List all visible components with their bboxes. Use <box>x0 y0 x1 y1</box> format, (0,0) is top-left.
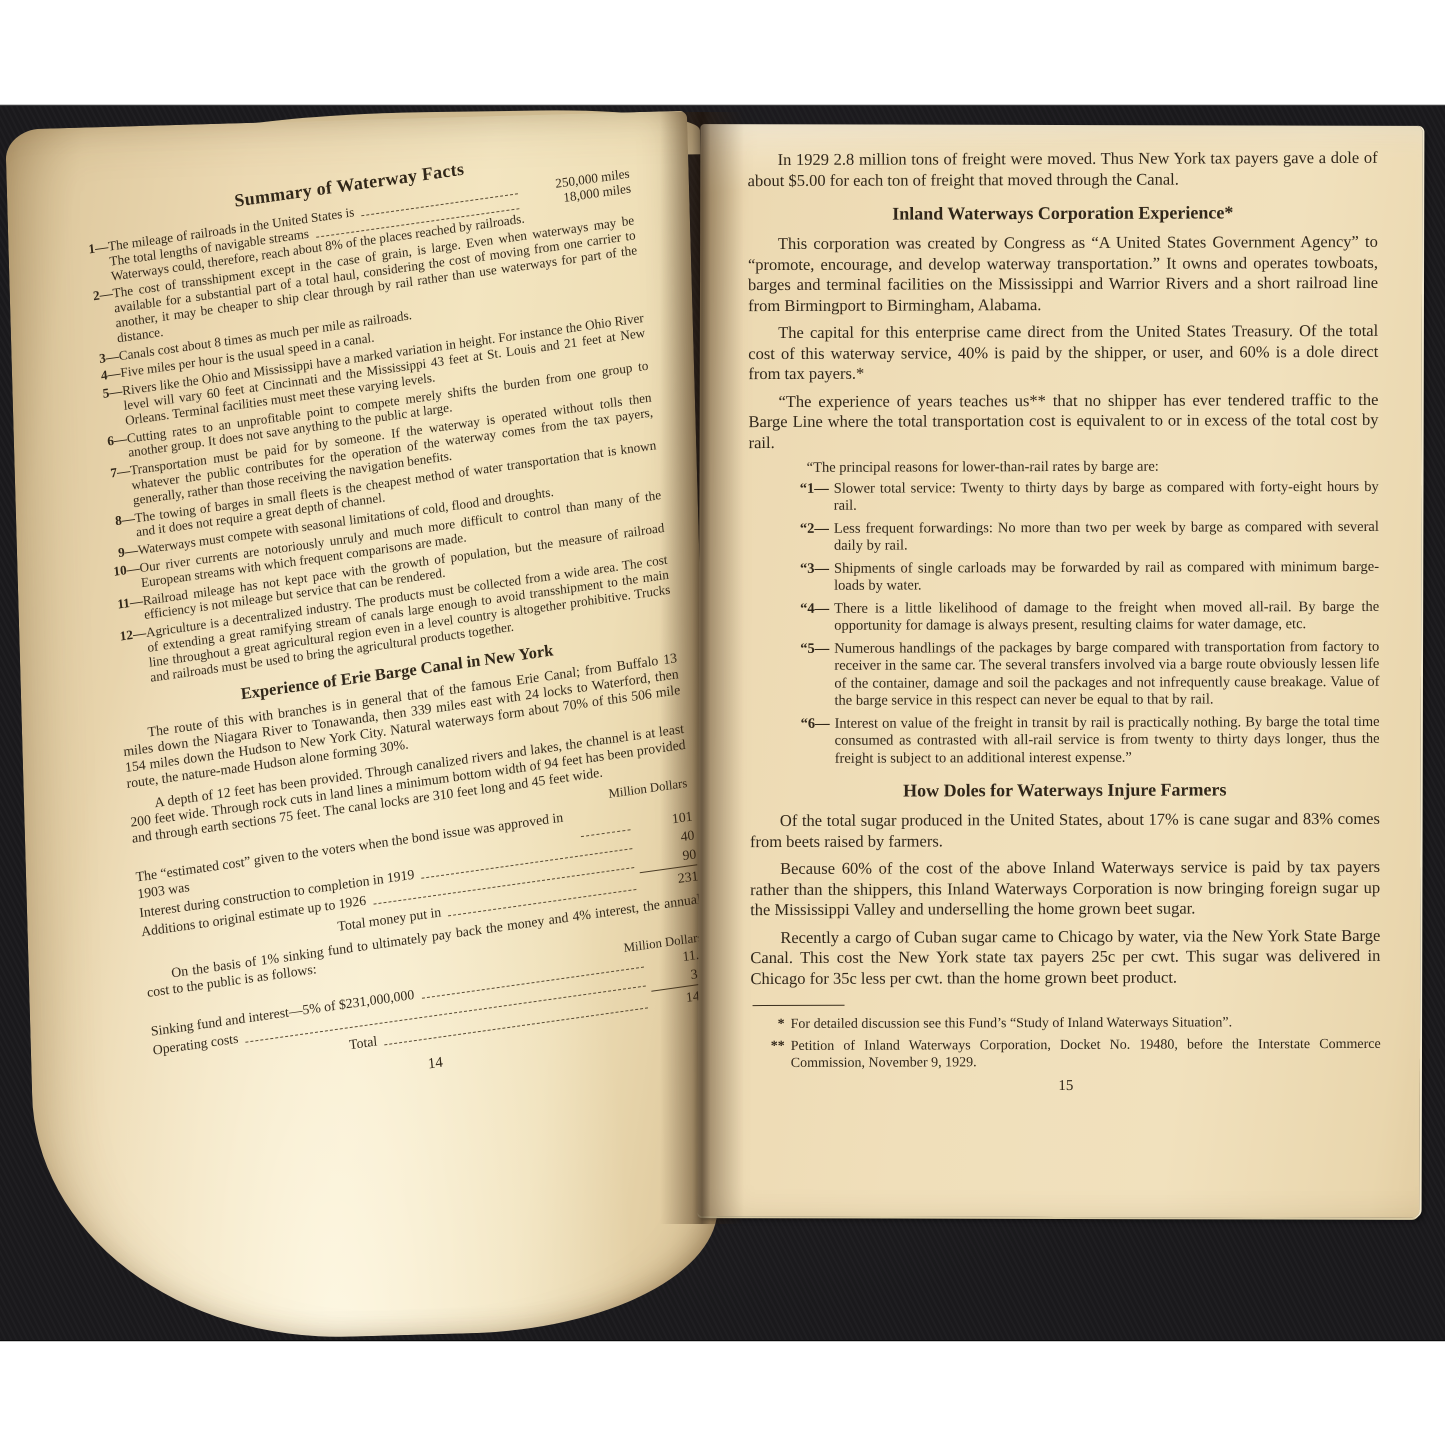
row-label: Total <box>348 1033 378 1054</box>
footnote-text: For detailed discussion see this Fund’s … <box>791 1014 1381 1034</box>
footnote-text: Petition of Inland Waterways Corporation… <box>791 1035 1381 1072</box>
section-title: Inland Waterways Corporation Experience* <box>748 202 1378 225</box>
list-item: “5—Numerous handlings of the packages by… <box>787 638 1379 710</box>
item-number: “3— <box>787 560 834 595</box>
item-number: “5— <box>787 640 834 710</box>
item-number: “4— <box>787 600 834 635</box>
paragraph: The capital for this enterprise came dir… <box>748 321 1378 385</box>
item-text: Less frequent forwardings: No more than … <box>834 518 1379 555</box>
paragraph: Recently a cargo of Cuban sugar came to … <box>750 925 1380 989</box>
list-item: “3—Shipments of single carloads may be f… <box>787 558 1379 595</box>
photo-white-border-top <box>0 0 1445 104</box>
fact-number: 11— <box>108 594 143 613</box>
quote-list-intro: “The principal reasons for lower-than-ra… <box>807 458 1379 477</box>
fact-number: 8— <box>100 511 135 530</box>
footnote-marker: * <box>751 1016 791 1034</box>
footnote: * For detailed discussion see this Fund’… <box>751 1014 1381 1034</box>
paragraph: Because 60% of the cost of the above Inl… <box>750 857 1380 921</box>
paragraph: This corporation was created by Congress… <box>748 232 1378 316</box>
fact-number: 10— <box>105 561 140 580</box>
right-page: In 1929 2.8 million tons of freight were… <box>698 124 1423 1218</box>
page-number: 15 <box>751 1076 1381 1095</box>
item-number: “6— <box>788 715 835 768</box>
fact-number: 5— <box>88 384 123 403</box>
left-page: Summary of Waterway Facts 1—The mileage … <box>5 111 721 1346</box>
footnote: ** Petition of Inland Waterways Corporat… <box>751 1035 1381 1072</box>
item-text: Interest on value of the freight in tran… <box>835 713 1380 767</box>
barge-reasons-list: “1—Slower total service: Twenty to thirt… <box>787 478 1380 768</box>
item-text: There is a little likelihood of damage t… <box>834 598 1379 635</box>
right-page-content: In 1929 2.8 million tons of freight were… <box>698 124 1423 1096</box>
item-text: Shipments of single carloads may be forw… <box>834 558 1379 595</box>
item-text: Slower total service: Twenty to thirty d… <box>834 478 1379 515</box>
item-number: “2— <box>787 520 834 555</box>
left-page-content: Summary of Waterway Facts 1—The mileage … <box>5 111 721 1124</box>
paragraph: “The experience of years teaches us** th… <box>748 389 1378 453</box>
paragraph: In 1929 2.8 million tons of freight were… <box>748 148 1378 191</box>
waterway-facts-list: 1—The mileage of railroads in the United… <box>74 167 673 690</box>
section-title: How Doles for Waterways Injure Farmers <box>750 779 1380 802</box>
list-item: “1—Slower total service: Twenty to thirt… <box>787 478 1379 515</box>
photo-white-border-bottom <box>0 1342 1445 1445</box>
footnote-marker: ** <box>751 1037 791 1072</box>
fact-number: 2— <box>78 287 113 306</box>
list-item: “4—There is a little likelihood of damag… <box>787 598 1379 635</box>
fact-number: 12— <box>112 626 147 645</box>
list-item: “6—Interest on value of the freight in t… <box>788 713 1380 768</box>
list-item: “2—Less frequent forwardings: No more th… <box>787 518 1379 555</box>
paragraph: Of the total sugar produced in the Unite… <box>750 809 1380 852</box>
item-text: Numerous handlings of the packages by ba… <box>834 638 1379 710</box>
fact-number: 7— <box>96 464 131 483</box>
fact-number: 6— <box>93 431 128 450</box>
photo-of-open-booklet: Summary of Waterway Facts 1—The mileage … <box>0 0 1445 1445</box>
footnote-divider <box>753 1005 845 1006</box>
item-number: “1— <box>787 480 834 515</box>
